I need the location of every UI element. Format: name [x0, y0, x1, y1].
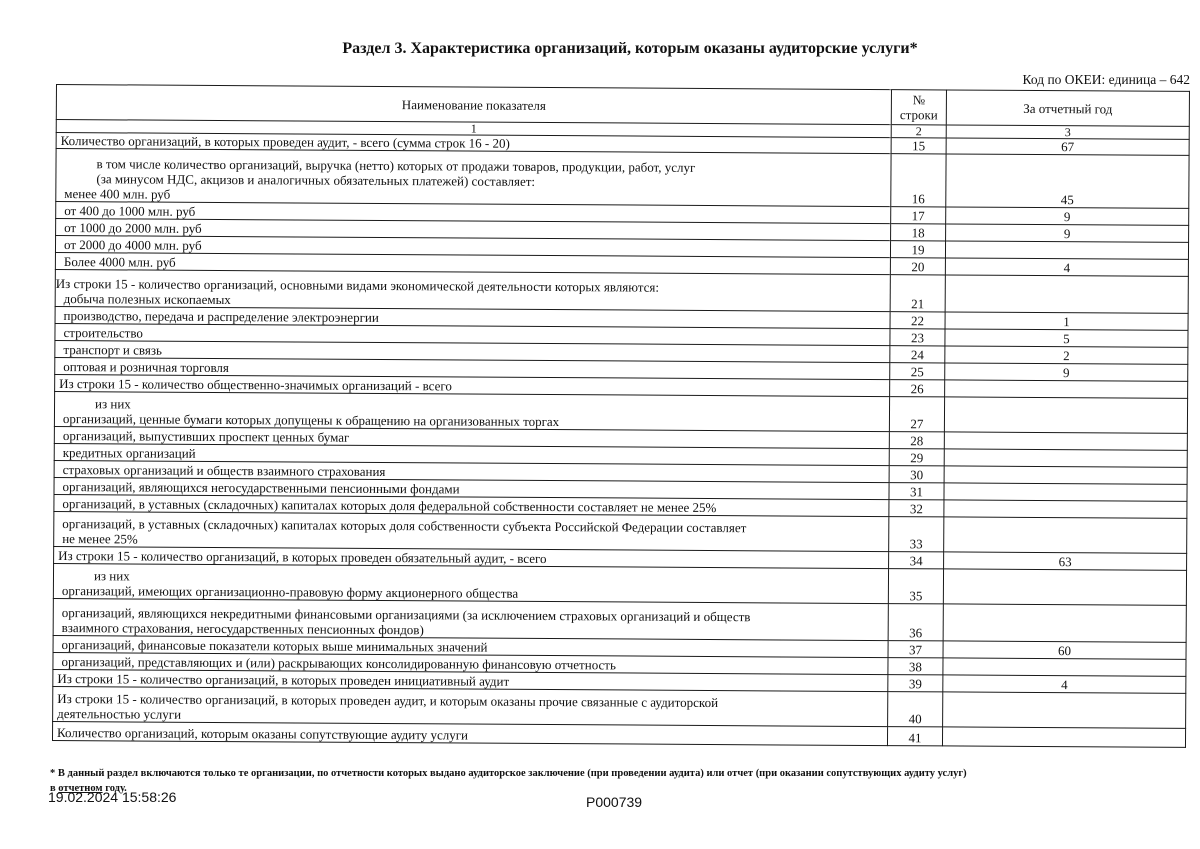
row-number: 39 — [888, 675, 943, 692]
row-number: 19 — [890, 241, 945, 258]
indicator-name: из нихорганизаций, ценные бумаги которых… — [54, 391, 889, 431]
reporting-year-value: 4 — [945, 258, 1188, 276]
reporting-year-value: 9 — [945, 363, 1188, 381]
section-title: Раздел 3. Характеристика организаций, ко… — [0, 40, 1200, 58]
reporting-year-value — [944, 466, 1187, 484]
reporting-year-value: 67 — [946, 138, 1189, 155]
row-number: 38 — [888, 658, 943, 675]
table-row: в том числе количество организаций, выру… — [56, 149, 1189, 209]
reporting-year-value — [944, 432, 1187, 450]
row-number: 28 — [889, 432, 944, 449]
print-timestamp: 19.02.2024 15:58:26 — [48, 789, 176, 805]
reporting-year-value — [945, 241, 1188, 259]
row-number: 20 — [890, 258, 945, 275]
row-number: 24 — [890, 346, 945, 363]
footnote-line-1: * В данный раздел включаются только те о… — [50, 766, 1150, 781]
indicator-name: Из строки 15 - количество организаций, в… — [53, 686, 888, 726]
row-number: 15 — [891, 138, 946, 154]
reporting-year-value — [943, 569, 1186, 605]
reporting-year-value — [944, 449, 1187, 467]
reporting-year-value — [943, 604, 1186, 642]
header-row-no: № строки — [891, 90, 946, 125]
row-number: 31 — [889, 483, 944, 500]
reporting-year-value — [944, 517, 1187, 553]
row-number: 16 — [891, 154, 946, 207]
reporting-year-value: 63 — [944, 552, 1187, 570]
okei-code: Код по ОКЕИ: единица – 642 — [1023, 72, 1190, 88]
row-number: 23 — [890, 329, 945, 346]
header-value: За отчетный год — [946, 90, 1189, 126]
row-number: 27 — [889, 397, 944, 432]
header-name: Наименование показателя — [56, 85, 891, 125]
row-number: 25 — [890, 363, 945, 380]
reporting-year-value — [944, 397, 1187, 433]
footnote: * В данный раздел включаются только те о… — [50, 766, 1150, 796]
indicator-name: организаций, в уставных (складочных) кап… — [54, 511, 889, 551]
indicator-label: Количество организаций, которым оказаны … — [57, 725, 883, 745]
reporting-year-value — [942, 727, 1185, 747]
row-number: 17 — [891, 207, 946, 224]
row-number: 40 — [888, 692, 943, 727]
row-number: 18 — [891, 224, 946, 241]
reporting-year-value: 5 — [945, 329, 1188, 347]
row-number: 22 — [890, 312, 945, 329]
indicator-name: организаций, являющихся некредитными фин… — [53, 598, 888, 640]
row-number: 33 — [889, 517, 944, 552]
indicator-name: Количество организаций, которым оказаны … — [52, 721, 887, 745]
row-number: 26 — [890, 380, 945, 397]
table-row: организаций, являющихся некредитными фин… — [53, 598, 1186, 642]
reporting-year-value: 9 — [946, 224, 1189, 242]
row-number: 32 — [889, 500, 944, 517]
table-row: Из строки 15 - количество организаций, о… — [55, 269, 1188, 313]
form-code: P000739 — [586, 794, 642, 810]
indicator-name: Из строки 15 - количество организаций, о… — [55, 269, 890, 311]
index-col-2: 2 — [891, 125, 946, 138]
row-number: 34 — [889, 552, 944, 569]
reporting-year-value: 9 — [946, 207, 1189, 225]
reporting-year-value: 45 — [946, 154, 1189, 208]
reporting-year-value — [945, 380, 1188, 398]
row-number: 36 — [888, 604, 943, 641]
reporting-year-value: 4 — [943, 675, 1186, 693]
row-number: 41 — [887, 727, 942, 746]
row-number: 35 — [888, 569, 943, 604]
reporting-year-value: 2 — [945, 346, 1188, 364]
reporting-year-value — [945, 275, 1188, 313]
reporting-year-value — [944, 483, 1187, 501]
row-number: 29 — [889, 449, 944, 466]
row-number: 37 — [888, 641, 943, 658]
reporting-year-value: 60 — [943, 641, 1186, 659]
row-number: 21 — [890, 275, 945, 312]
indicator-name: из нихорганизаций, имеющих организационн… — [53, 563, 888, 603]
indicator-name: в том числе количество организаций, выру… — [56, 149, 891, 207]
row-number: 30 — [889, 466, 944, 483]
reporting-year-value — [944, 500, 1187, 518]
reporting-year-value — [943, 658, 1186, 676]
reporting-year-value — [943, 692, 1186, 728]
indicators-table: Наименование показателя № строки За отче… — [52, 84, 1190, 748]
reporting-year-value: 1 — [945, 312, 1188, 330]
